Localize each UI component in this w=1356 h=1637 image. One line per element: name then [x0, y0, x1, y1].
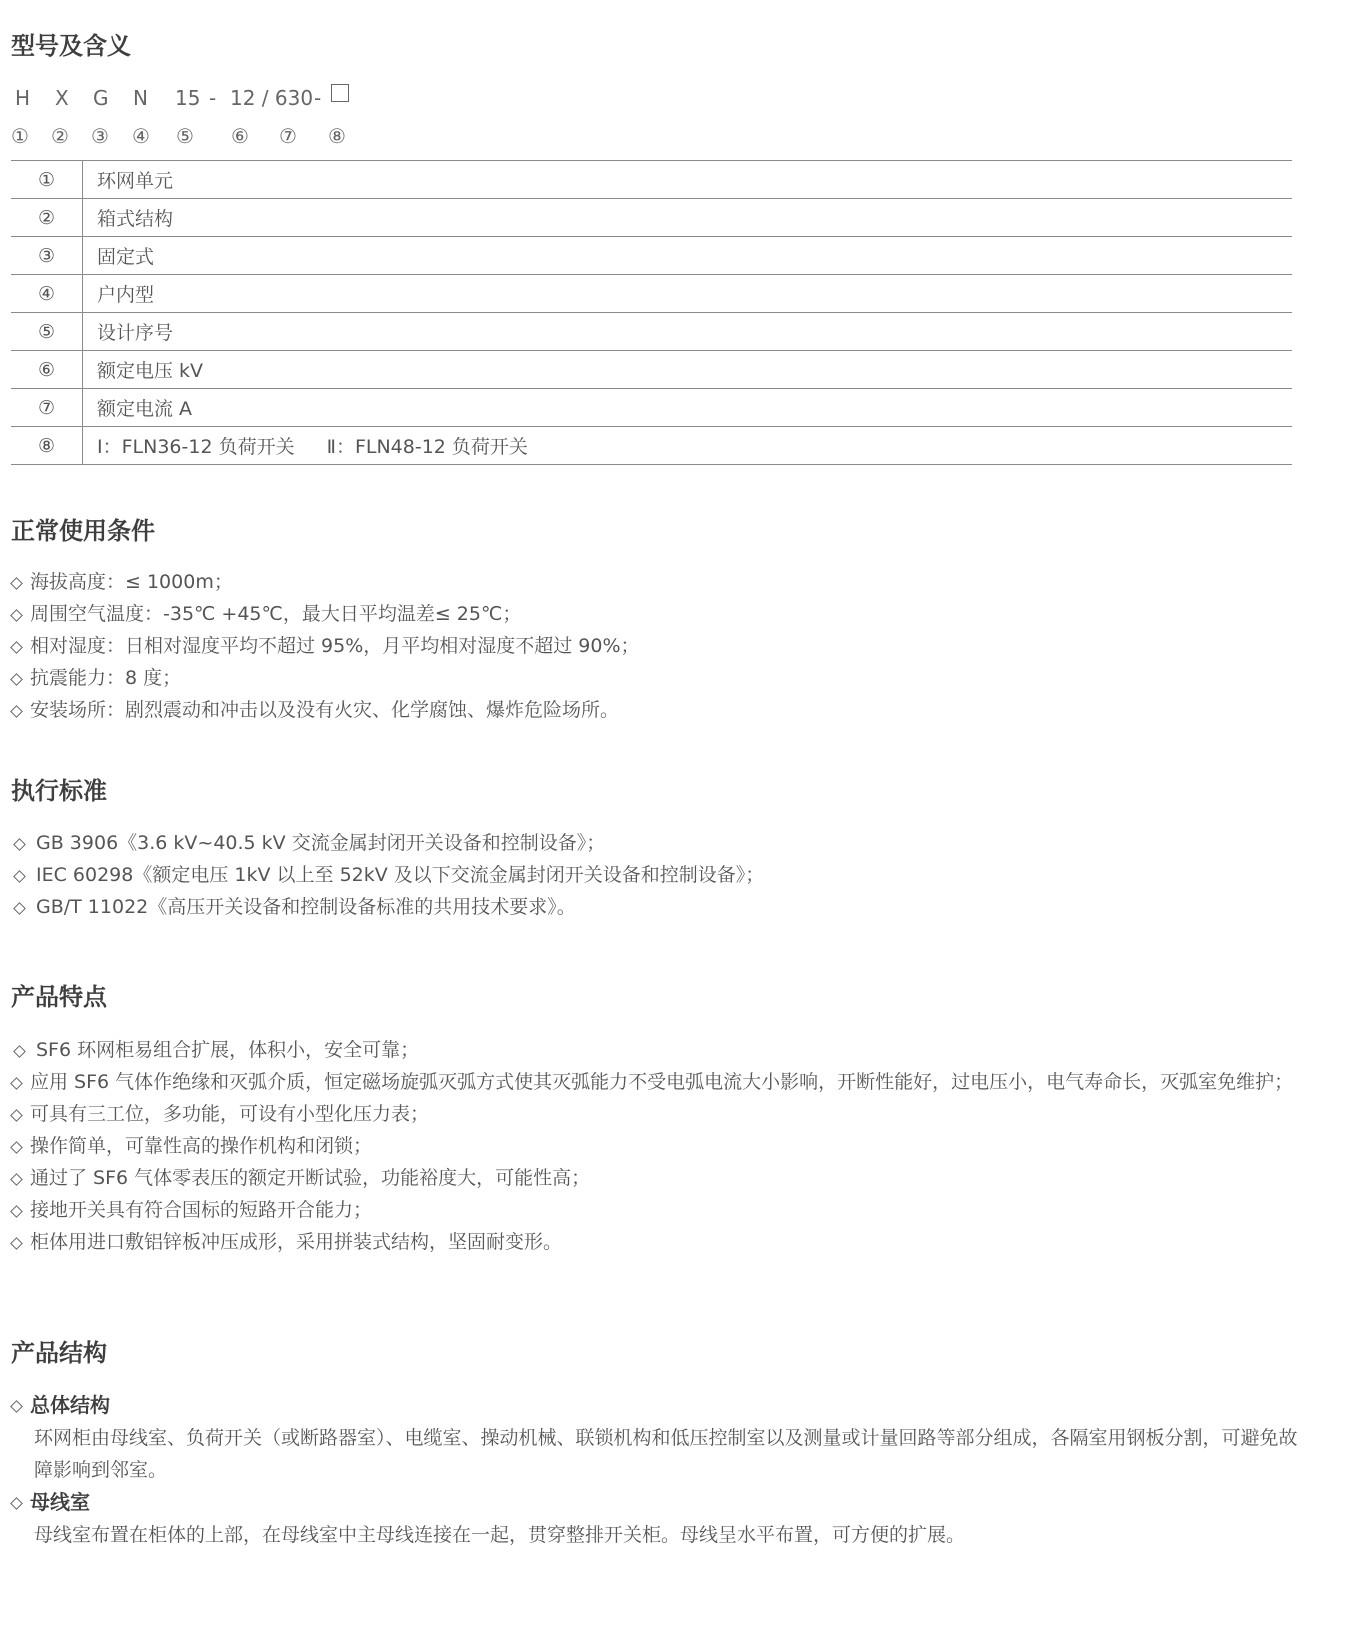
section-title-model: 型号及含义 — [11, 31, 131, 61]
row-meaning: 设计序号 — [83, 313, 1293, 351]
list-item: 可具有三工位，多功能，可设有小型化压力表； — [11, 1098, 1301, 1130]
switch-option-1: Ⅰ：FLN36-12 负荷开关 — [97, 436, 295, 458]
model-indices: ① ② ③ ④ ⑤ ⑥ ⑦ ⑧ — [11, 122, 24, 150]
code-part: N — [133, 84, 148, 112]
subsection-body: 环网柜由母线室、负荷开关（或断路器室）、电缆室、操动机械、联锁机构和低压控制室以… — [11, 1422, 1301, 1486]
table-row: ④户内型 — [11, 275, 1292, 313]
diamond-bullet-icon — [10, 577, 23, 590]
section-title-standards: 执行标准 — [11, 776, 107, 806]
index-mark: ④ — [132, 122, 150, 150]
list-item: 相对湿度：日相对湿度平均不超过 95%，月平均相对湿度不超过 90%； — [11, 630, 1301, 662]
model-code: H X G N 15 - 12 / 630 - — [11, 84, 24, 112]
diamond-bullet-icon — [10, 1497, 23, 1510]
subsection-title: 总体结构 — [30, 1393, 110, 1417]
row-meaning: 固定式 — [83, 237, 1293, 275]
row-number: ④ — [11, 275, 83, 313]
list-item: 应用 SF6 气体作绝缘和灭弧介质，恒定磁场旋弧灭弧方式使其灭弧能力不受电弧电流… — [11, 1066, 1301, 1098]
structure-section-body: 环网柜由母线室、负荷开关（或断路器室）、电缆室、操动机械、联锁机构和低压控制室以… — [11, 1422, 1301, 1486]
table-row: ③固定式 — [11, 237, 1292, 275]
list-item: 接地开关具有符合国标的短路开合能力； — [11, 1194, 1301, 1226]
row-number: ③ — [11, 237, 83, 275]
diamond-bullet-icon — [13, 870, 26, 883]
diamond-bullet-icon — [10, 1205, 23, 1218]
list-item: GB/T 11022《高压开关设备和控制设备标准的共用技术要求》。 — [11, 891, 1301, 923]
diamond-bullet-icon — [10, 609, 23, 622]
list-item: 柜体用进口敷铝锌板冲压成形，采用拼装式结构，坚固耐变形。 — [11, 1226, 1301, 1258]
row-number: ⑦ — [11, 389, 83, 427]
subsection-title: 母线室 — [30, 1490, 90, 1514]
list-item: 海拔高度：≤ 1000m； — [11, 566, 1301, 598]
row-meaning: 额定电流 A — [83, 389, 1293, 427]
code-part: G — [93, 84, 109, 112]
diamond-bullet-icon — [13, 838, 26, 851]
diamond-bullet-icon — [13, 1045, 26, 1058]
diamond-bullet-icon — [10, 673, 23, 686]
index-mark: ⑦ — [279, 122, 297, 150]
row-meaning: 环网单元 — [83, 161, 1293, 199]
list-item: SF6 环网柜易组合扩展，体积小，安全可靠； — [11, 1034, 1301, 1066]
list-item: GB 3906《3.6 kV~40.5 kV 交流金属封闭开关设备和控制设备》； — [11, 827, 1301, 859]
diamond-bullet-icon — [10, 1173, 23, 1186]
code-part: H — [15, 84, 30, 112]
list-item: IEC 60298《额定电压 1kV 以上至 52kV 及以下交流金属封闭开关设… — [11, 859, 1301, 891]
diamond-bullet-icon — [10, 1400, 23, 1413]
index-mark: ⑤ — [176, 122, 194, 150]
row-number: ⑥ — [11, 351, 83, 389]
index-mark: ⑧ — [328, 122, 346, 150]
conditions-list: 海拔高度：≤ 1000m； 周围空气温度：-35℃ +45℃，最大日平均温差≤ … — [11, 566, 1301, 726]
list-item: 周围空气温度：-35℃ +45℃，最大日平均温差≤ 25℃； — [11, 598, 1301, 630]
subsection-body: 母线室布置在柜体的上部，在母线室中主母线连接在一起，贯穿整排开关柜。母线呈水平布… — [11, 1519, 1301, 1551]
index-mark: ⑥ — [231, 122, 249, 150]
section-title-conditions: 正常使用条件 — [11, 516, 155, 546]
diamond-bullet-icon — [10, 641, 23, 654]
model-meaning-table: ①环网单元 ②箱式结构 ③固定式 ④户内型 ⑤设计序号 ⑥额定电压 kV ⑦额定… — [11, 160, 1292, 465]
list-item: 安装场所：剧烈震动和冲击以及没有火灾、化学腐蚀、爆炸危险场所。 — [11, 694, 1301, 726]
code-part: 15 — [175, 84, 200, 112]
structure-list: 总体结构 环网柜由母线室、负荷开关（或断路器室）、电缆室、操动机械、联锁机构和低… — [11, 1389, 1301, 1551]
index-mark: ② — [51, 122, 69, 150]
table-row: ⑧Ⅰ：FLN36-12 负荷开关Ⅱ：FLN48-12 负荷开关 — [11, 427, 1292, 465]
code-part: X — [55, 84, 69, 112]
table-row: ②箱式结构 — [11, 199, 1292, 237]
section-title-features: 产品特点 — [11, 982, 107, 1012]
table-row: ⑤设计序号 — [11, 313, 1292, 351]
row-meaning: 箱式结构 — [83, 199, 1293, 237]
index-mark: ① — [11, 122, 29, 150]
diamond-bullet-icon — [10, 1141, 23, 1154]
row-meaning: 额定电压 kV — [83, 351, 1293, 389]
list-item: 抗震能力：8 度； — [11, 662, 1301, 694]
structure-section: 总体结构 — [11, 1389, 1301, 1422]
row-meaning: Ⅰ：FLN36-12 负荷开关Ⅱ：FLN48-12 负荷开关 — [83, 427, 1293, 465]
table-row: ⑦额定电流 A — [11, 389, 1292, 427]
diamond-bullet-icon — [10, 1077, 23, 1090]
structure-section: 母线室 — [11, 1486, 1301, 1519]
code-part: - — [314, 84, 321, 112]
list-item: 通过了 SF6 气体零表压的额定开断试验，功能裕度大，可能性高； — [11, 1162, 1301, 1194]
section-title-structure: 产品结构 — [11, 1338, 107, 1368]
row-number: ② — [11, 199, 83, 237]
switch-option-2: Ⅱ：FLN48-12 负荷开关 — [327, 436, 528, 458]
diamond-bullet-icon — [10, 1237, 23, 1250]
index-mark: ③ — [91, 122, 109, 150]
row-number: ⑤ — [11, 313, 83, 351]
table-row: ①环网单元 — [11, 161, 1292, 199]
empty-square-icon — [331, 84, 349, 102]
features-list: SF6 环网柜易组合扩展，体积小，安全可靠； 应用 SF6 气体作绝缘和灭弧介质… — [11, 1034, 1301, 1258]
diamond-bullet-icon — [10, 705, 23, 718]
structure-section-body: 母线室布置在柜体的上部，在母线室中主母线连接在一起，贯穿整排开关柜。母线呈水平布… — [11, 1519, 1301, 1551]
code-part: 12 / 630 — [230, 84, 313, 112]
row-number: ① — [11, 161, 83, 199]
code-part: - — [209, 84, 216, 112]
row-meaning: 户内型 — [83, 275, 1293, 313]
diamond-bullet-icon — [13, 902, 26, 915]
table-row: ⑥额定电压 kV — [11, 351, 1292, 389]
row-number: ⑧ — [11, 427, 83, 465]
list-item: 操作简单，可靠性高的操作机构和闭锁； — [11, 1130, 1301, 1162]
diamond-bullet-icon — [10, 1109, 23, 1122]
standards-list: GB 3906《3.6 kV~40.5 kV 交流金属封闭开关设备和控制设备》；… — [11, 827, 1301, 923]
